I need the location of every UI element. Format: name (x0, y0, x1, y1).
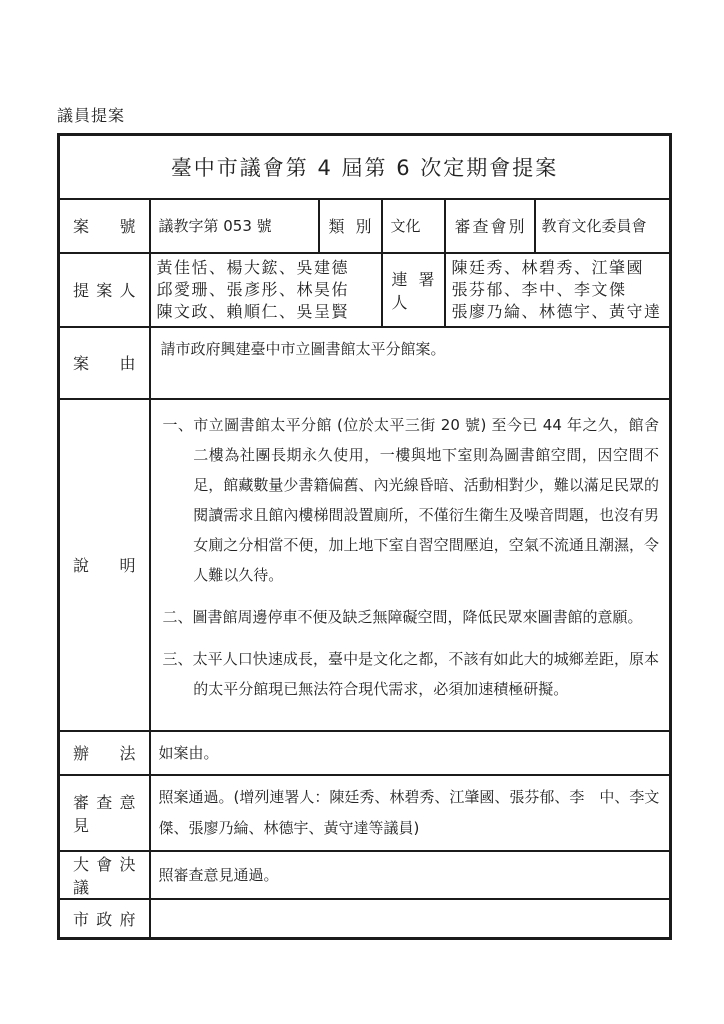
proposer-line: 黃佳恬、楊大鋐、吳建德 (157, 257, 375, 279)
assembly-resolution-row: 大會決議 照審查意見通過。 (59, 851, 671, 899)
subject-value: 請市政府興建臺中市立圖書館太平分館案。 (150, 327, 671, 399)
subject-label: 案由 (59, 327, 150, 399)
cosigner-line: 張芬郁、李中、李文傑 (452, 279, 664, 301)
category-value: 文化 (382, 199, 445, 253)
assembly-resolution-value: 照審查意見通過。 (150, 851, 671, 899)
case-number-value: 議教字第 053 號 (150, 199, 319, 253)
case-number-row: 案號 議教字第 053 號 類別 文化 審查會別 教育文化委員會 (59, 199, 671, 253)
explanation-item: 一、市立圖書館太平分館 (位於太平三街 20 號) 至今已 44 年之久，館舍二… (163, 410, 660, 590)
explanation-item: 二、圖書館周邊停車不便及缺乏無障礙空間，降低民眾來圖書館的意願。 (163, 602, 660, 632)
proposer-label: 提案人 (59, 253, 150, 327)
review-opinion-row: 審查意見 照案通過。(增列連署人：陳廷秀、林碧秀、江肇國、張芬郁、李 中、李文傑… (59, 775, 671, 851)
proposer-row: 提案人 黃佳恬、楊大鋐、吳建德 邱愛珊、張彥彤、林昊佑 陳文政、賴順仁、吳呈賢 … (59, 253, 671, 327)
review-committee-label: 審查會別 (445, 199, 535, 253)
title-row: 臺中市議會第 4 屆第 6 次定期會提案 (59, 135, 671, 199)
cosigner-label: 連署人 (382, 253, 445, 327)
explanation-row: 說明 一、市立圖書館太平分館 (位於太平三街 20 號) 至今已 44 年之久，… (59, 399, 671, 731)
method-value: 如案由。 (150, 731, 671, 775)
review-committee-value: 教育文化委員會 (535, 199, 671, 253)
doc-type-label: 議員提案 (57, 103, 125, 126)
proposer-line: 陳文政、賴順仁、吳呈賢 (157, 301, 375, 323)
method-row: 辦法 如案由。 (59, 731, 671, 775)
document-title: 臺中市議會第 4 屆第 6 次定期會提案 (59, 135, 671, 199)
subject-row: 案由 請市政府興建臺中市立圖書館太平分館案。 (59, 327, 671, 399)
proposer-line: 邱愛珊、張彥彤、林昊佑 (157, 279, 375, 301)
case-number-label: 案號 (59, 199, 150, 253)
proposal-table: 臺中市議會第 4 屆第 6 次定期會提案 案號 議教字第 053 號 類別 文化… (57, 133, 672, 940)
cosigner-line: 張廖乃綸、林德宇、黃守達 (452, 301, 664, 323)
explanation-item: 三、太平人口快速成長，臺中是文化之都，不該有如此大的城鄉差距，原本的太平分館現已… (163, 644, 660, 704)
proposer-names: 黃佳恬、楊大鋐、吳建德 邱愛珊、張彥彤、林昊佑 陳文政、賴順仁、吳呈賢 (150, 253, 382, 327)
review-opinion-value: 照案通過。(增列連署人：陳廷秀、林碧秀、江肇國、張芬郁、李 中、李文傑、張廖乃綸… (150, 775, 671, 851)
cosigner-line: 陳廷秀、林碧秀、江肇國 (452, 257, 664, 279)
explanation-label: 說明 (59, 399, 150, 731)
explanation-content: 一、市立圖書館太平分館 (位於太平三街 20 號) 至今已 44 年之久，館舍二… (150, 399, 671, 731)
method-label: 辦法 (59, 731, 150, 775)
city-government-value (150, 899, 671, 939)
cosigner-names: 陳廷秀、林碧秀、江肇國 張芬郁、李中、李文傑 張廖乃綸、林德宇、黃守達 (445, 253, 671, 327)
review-opinion-label: 審查意見 (59, 775, 150, 851)
category-label: 類別 (319, 199, 382, 253)
document-page: 議員提案 臺中市議會第 4 屆第 6 次定期會提案 案號 議教字第 053 號 … (0, 0, 724, 1024)
city-government-label: 市政府 (59, 899, 150, 939)
assembly-resolution-label: 大會決議 (59, 851, 150, 899)
city-government-row: 市政府 (59, 899, 671, 939)
